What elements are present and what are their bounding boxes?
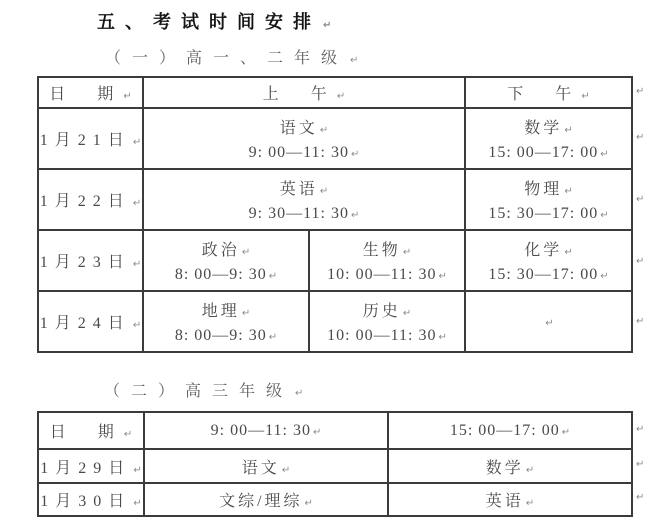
senior3-schedule-table: 日 期↵ 9: 00—11: 30↵ 15: 00—17: 00↵ 1月29日↵…: [37, 411, 633, 517]
time-label: 9: 30—11: 30↵: [144, 205, 464, 223]
subject-text: 语文: [242, 460, 280, 477]
section1-label: （一）高一、二年级↵: [105, 45, 358, 68]
time-label: 10: 00—11: 30↵: [310, 266, 464, 284]
paragraph-mark: ↵: [564, 125, 572, 136]
paragraph-mark: ↵: [403, 308, 411, 319]
time-label: 8: 00—9: 30↵: [144, 266, 308, 284]
row-end-mark: ↵: [636, 424, 644, 435]
afternoon-cell: 化学↵ 15: 30—17: 00↵: [465, 230, 632, 291]
time-label: 8: 00—9: 30↵: [144, 327, 308, 345]
col-header-afternoon: 下 午↵: [465, 77, 632, 108]
col-header-morning-text: 上 午: [263, 86, 335, 103]
paragraph-mark: ↵: [564, 247, 572, 258]
table-row: 1月30日↵ 文综/理综↵ 英语↵: [38, 483, 632, 516]
paragraph-mark: ↵: [600, 149, 608, 160]
morning-cell: 英语↵ 9: 30—11: 30↵: [143, 169, 465, 230]
paragraph-mark: ↵: [305, 498, 313, 509]
row-end-mark: ↵: [636, 316, 644, 327]
row-end-mark: ↵: [636, 194, 644, 205]
paragraph-mark: ↵: [242, 247, 250, 258]
table-header-row: 日 期↵ 上 午↵ 下 午↵: [38, 77, 632, 108]
paragraph-mark: ↵: [600, 271, 608, 282]
afternoon-cell-empty: ↵: [465, 291, 632, 352]
section2-label: （二）高三年级↵: [104, 378, 303, 401]
col-header-afternoon-time-text: 15: 00—17: 00: [450, 422, 560, 439]
subject-text: 地理: [202, 303, 240, 320]
date-text: 1月21日: [40, 132, 131, 149]
afternoon-cell: 数学↵ 15: 00—17: 00↵: [465, 108, 632, 169]
morning-cell-1: 政治↵ 8: 00—9: 30↵: [143, 230, 309, 291]
time-text: 8: 00—9: 30: [175, 327, 267, 344]
paragraph-mark: ↵: [269, 271, 277, 282]
subject-text: 化学: [524, 242, 562, 259]
time-text: 15: 00—17: 00: [488, 144, 598, 161]
subject-text: 英语: [486, 493, 524, 510]
time-label: 15: 30—17: 00↵: [466, 266, 631, 284]
subject-text: 物理: [524, 181, 562, 198]
col-header-date-text: 日 期: [49, 86, 121, 103]
col-header-morning: 上 午↵: [143, 77, 465, 108]
time-text: 9: 30—11: 30: [249, 205, 349, 222]
paragraph-mark: ↵: [133, 320, 141, 331]
paragraph-mark: ↵: [351, 149, 359, 160]
paragraph-mark: ↵: [320, 125, 328, 136]
paragraph-mark: ↵: [600, 210, 608, 221]
subject-label: 政治↵: [144, 237, 308, 260]
afternoon-cell: 物理↵ 15: 30—17: 00↵: [465, 169, 632, 230]
paragraph-mark: ↵: [133, 259, 141, 270]
paragraph-mark: ↵: [320, 186, 328, 197]
paragraph-mark: ↵: [269, 332, 277, 343]
subject-label: 地理↵: [144, 298, 308, 321]
section2-text: （二）高三年级: [104, 383, 293, 400]
date-cell: 1月24日↵: [38, 291, 143, 352]
time-label: 10: 00—11: 30↵: [310, 327, 464, 345]
date-text: 1月23日: [40, 254, 131, 271]
table-header-row: 日 期↵ 9: 00—11: 30↵ 15: 00—17: 00↵: [38, 412, 632, 449]
paragraph-mark: ↵: [526, 498, 534, 509]
morning-subject-cell: 语文↵: [144, 449, 388, 483]
paragraph-mark: ↵: [133, 498, 141, 509]
subject-text: 政治: [202, 242, 240, 259]
afternoon-subject-cell: 英语↵: [388, 483, 632, 516]
col-header-afternoon-time: 15: 00—17: 00↵: [388, 412, 632, 449]
paragraph-mark: ↵: [133, 465, 141, 476]
subject-text: 数学: [486, 460, 524, 477]
subject-text: 英语: [280, 181, 318, 198]
document-page: 五、考试时间安排↵ （一）高一、二年级↵ 日 期↵ 上 午↵ 下 午↵ 1月21…: [0, 0, 650, 530]
col-header-date: 日 期↵: [38, 412, 144, 449]
time-text: 9: 00—11: 30: [249, 144, 349, 161]
paragraph-mark: ↵: [242, 308, 250, 319]
paragraph-mark: ↵: [562, 427, 570, 438]
time-label: 9: 00—11: 30↵: [144, 144, 464, 162]
paragraph-mark: ↵: [282, 465, 290, 476]
morning-cell-1: 地理↵ 8: 00—9: 30↵: [143, 291, 309, 352]
section1-text: （一）高一、二年级: [105, 50, 348, 67]
row-end-mark: ↵: [636, 459, 644, 470]
paragraph-mark: ↵: [124, 429, 132, 440]
time-text: 8: 00—9: 30: [175, 266, 267, 283]
paragraph-mark: ↵: [133, 198, 141, 209]
paragraph-mark: ↵: [313, 427, 321, 438]
date-text: 1月29日: [40, 460, 131, 477]
date-text: 1月24日: [40, 315, 131, 332]
subject-text: 语文: [280, 120, 318, 137]
row-end-mark: ↵: [636, 256, 644, 267]
time-text: 15: 30—17: 00: [488, 205, 598, 222]
paragraph-mark: ↵: [337, 91, 345, 102]
paragraph-mark: ↵: [295, 388, 303, 399]
table-row: 1月29日↵ 语文↵ 数学↵: [38, 449, 632, 483]
morning-subject-cell: 文综/理综↵: [144, 483, 388, 516]
subject-label: 数学↵: [466, 115, 631, 138]
table-row: 1月23日↵ 政治↵ 8: 00—9: 30↵ 生物↵ 10: 00—11: 3…: [38, 230, 632, 291]
col-header-date: 日 期↵: [38, 77, 143, 108]
row-end-mark: ↵: [636, 492, 644, 503]
morning-cell: 语文↵ 9: 00—11: 30↵: [143, 108, 465, 169]
subject-label: 物理↵: [466, 176, 631, 199]
subject-text: 生物: [363, 242, 401, 259]
col-header-date-text: 日 期: [50, 424, 122, 441]
paragraph-mark: ↵: [581, 91, 589, 102]
paragraph-mark: ↵: [350, 55, 358, 66]
paragraph-mark: ↵: [403, 247, 411, 258]
paragraph-mark: ↵: [123, 91, 131, 102]
paragraph-mark: ↵: [545, 318, 553, 329]
senior12-schedule-table: 日 期↵ 上 午↵ 下 午↵ 1月21日↵ 语文↵ 9: 00—11: 30↵ …: [37, 76, 633, 353]
subject-label: 语文↵: [144, 115, 464, 138]
date-cell: 1月22日↵: [38, 169, 143, 230]
time-label: 15: 30—17: 00↵: [466, 205, 631, 223]
time-text: 10: 00—11: 30: [327, 266, 436, 283]
paragraph-mark: ↵: [564, 186, 572, 197]
row-end-mark: ↵: [636, 132, 644, 143]
date-text: 1月22日: [40, 193, 131, 210]
time-text: 15: 30—17: 00: [488, 266, 598, 283]
date-cell: 1月23日↵: [38, 230, 143, 291]
col-header-afternoon-text: 下 午: [507, 86, 579, 103]
col-header-morning-time-text: 9: 00—11: 30: [211, 422, 311, 439]
row-end-mark: ↵: [636, 86, 644, 97]
morning-cell-2: 生物↵ 10: 00—11: 30↵: [309, 230, 465, 291]
subject-text: 历史: [363, 303, 401, 320]
paragraph-mark: ↵: [438, 332, 446, 343]
paragraph-mark: ↵: [438, 271, 446, 282]
table-row: 1月21日↵ 语文↵ 9: 00—11: 30↵ 数学↵ 15: 00—17: …: [38, 108, 632, 169]
paragraph-mark: ↵: [526, 465, 534, 476]
subject-label: 化学↵: [466, 237, 631, 260]
page-title-text: 五、考试时间安排: [97, 12, 321, 32]
col-header-morning-time: 9: 00—11: 30↵: [144, 412, 388, 449]
subject-text: 文综/理综: [219, 493, 302, 510]
subject-text: 数学: [524, 120, 562, 137]
date-text: 1月30日: [40, 493, 131, 510]
subject-label: 生物↵: [310, 237, 464, 260]
date-cell: 1月21日↵: [38, 108, 143, 169]
paragraph-mark: ↵: [351, 210, 359, 221]
date-cell: 1月30日↵: [38, 483, 144, 516]
date-cell: 1月29日↵: [38, 449, 144, 483]
afternoon-subject-cell: 数学↵: [388, 449, 632, 483]
subject-label: 英语↵: [144, 176, 464, 199]
subject-label: 历史↵: [310, 298, 464, 321]
paragraph-mark: ↵: [133, 137, 141, 148]
time-text: 10: 00—11: 30: [327, 327, 436, 344]
table-row: 1月24日↵ 地理↵ 8: 00—9: 30↵ 历史↵ 10: 00—11: 3…: [38, 291, 632, 352]
morning-cell-2: 历史↵ 10: 00—11: 30↵: [309, 291, 465, 352]
time-label: 15: 00—17: 00↵: [466, 144, 631, 162]
page-title: 五、考试时间安排↵: [97, 8, 331, 34]
paragraph-mark: ↵: [323, 20, 331, 31]
table-row: 1月22日↵ 英语↵ 9: 30—11: 30↵ 物理↵ 15: 30—17: …: [38, 169, 632, 230]
